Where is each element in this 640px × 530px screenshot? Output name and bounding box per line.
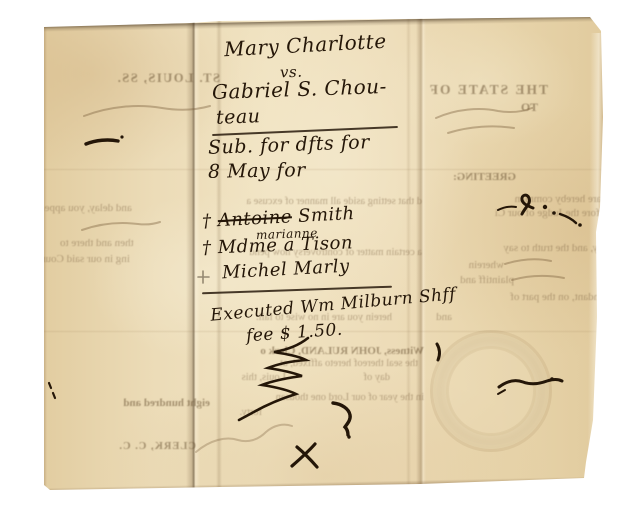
handwriting-docket-line2: 8 May for [208,159,306,183]
scanned-document-page: ST. LOUIS, SS. and delay, you appear the… [0,0,640,530]
handwriting-defendant-line1: Gabriel S. Chou- [212,74,388,104]
bleed-text-st-louis: ST. LOUIS, SS. [88,72,220,86]
bleed-text-there: then and there to [60,237,198,249]
handwriting-fee: fee $ 1.50. [245,320,343,347]
bleed-text-greeting: GREETING: [452,171,516,183]
witness1-name: Smith [298,203,356,227]
bleed-text-louis-this: Louis, this [216,372,286,384]
bleed-text-clerk: CLERK, C. C. [100,441,196,453]
bleed-text-day-of: day of [344,372,390,384]
witness-cross-mark-2: † [202,237,212,258]
bleed-text-and: and [426,311,452,323]
bleed-text-wherein: wherein [458,259,504,271]
witness-cross-mark: † [202,211,213,232]
horizontal-crease-upper [44,168,605,171]
bleed-text-year: in the year of our Lord one thousan [200,392,424,404]
bleed-text-hundred: eight hundred and [88,397,210,409]
bleed-text-to: TO [512,101,538,114]
embossed-seal [430,330,552,452]
bleed-text-delay: and delay, you appear [36,202,198,214]
handwriting-witness3: Michel Marly [222,256,351,284]
bleed-text-command-1: You are hereby comman [446,193,622,205]
bleed-text-witness-ruland: Witness, JOHN RULAND, Clerk o [214,345,424,357]
document-paper: ST. LOUIS, SS. and delay, you appear the… [44,17,605,490]
bleed-text-testify: testify, and the truth to say [438,242,620,254]
paper-edge-bottom [46,477,591,492]
bleed-text-plaintiff: plaintiff and [452,274,514,286]
handwriting-defendant-line2: teau [216,105,261,129]
bleed-text-state-of: THE STATE OF [418,83,548,98]
bleed-text-court: ing in our said Court, [36,253,198,265]
bleed-text-command-2: before the Judge of our Ci [420,207,610,219]
bleed-text-forty: forty. [216,407,262,419]
paper-edge-top [40,16,612,32]
handwriting-plaintiff-name: Mary Charlotte [223,29,387,61]
bleed-text-defendant: defendant, on the part of [438,291,618,303]
handwriting-docket-line1: Sub. for dfts for [208,131,370,159]
bleed-text-seal-affixed: the seal thereof hereto affixed, at [216,358,418,370]
